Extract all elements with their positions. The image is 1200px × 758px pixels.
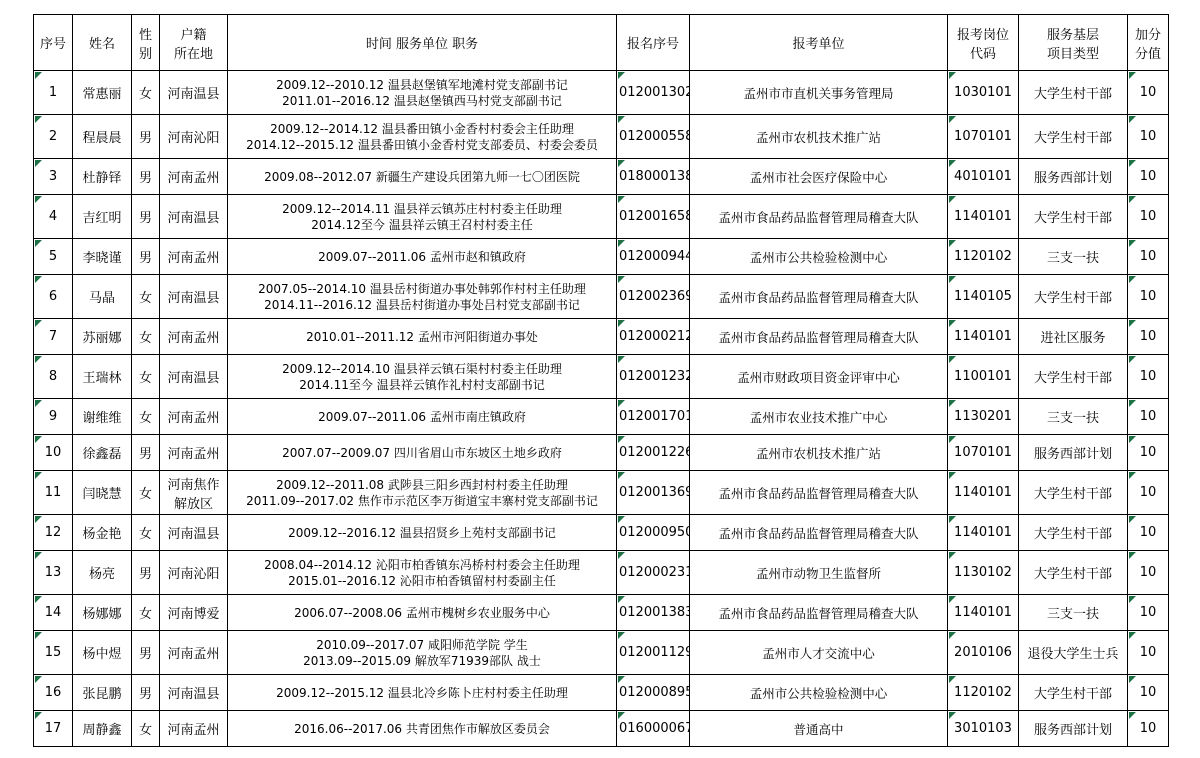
- cell-unit[interactable]: 孟州市农机技术推广站: [690, 115, 948, 159]
- number-as-text-flag-icon: [1129, 400, 1136, 407]
- cell-name[interactable]: 杜静铎: [73, 159, 132, 195]
- cell-text: 三支一扶: [1047, 407, 1099, 426]
- cell-gender[interactable]: 女: [132, 711, 160, 747]
- cell-unit[interactable]: 孟州市社会医疗保险中心: [690, 159, 948, 195]
- cell-text: 012000212: [619, 329, 690, 344]
- table-row: 10徐鑫磊男河南孟州2007.07--2009.07 四川省眉山市东坡区土地乡政…: [34, 435, 1169, 471]
- number-as-text-flag-icon: [35, 436, 42, 443]
- cell-unit[interactable]: 孟州市农机技术推广站: [690, 435, 948, 471]
- cell-name[interactable]: 苏丽娜: [73, 319, 132, 355]
- cell-text: 2008.04--2014.12 沁阳市柏香镇东冯桥村村委会主任助理 2015.…: [264, 557, 580, 589]
- cell-text: 2009.12--2010.12 温县赵堡镇军地滩村党支部副书记 2011.01…: [276, 77, 568, 109]
- cell-job_code[interactable]: 2010106: [948, 631, 1019, 675]
- cell-name[interactable]: 李晓谨: [73, 239, 132, 275]
- cell-text: 张昆鹏: [82, 683, 121, 702]
- cell-text: 4010101: [954, 169, 1012, 184]
- cell-reg_no[interactable]: 012000212: [617, 319, 690, 355]
- cell-bonus[interactable]: 10: [1128, 355, 1169, 399]
- number-as-text-flag-icon: [949, 712, 956, 719]
- cell-project_type[interactable]: 大学生村干部: [1019, 515, 1128, 551]
- cell-seq[interactable]: 4: [34, 195, 73, 239]
- cell-text: 女: [139, 327, 152, 346]
- cell-text: 女: [139, 287, 152, 306]
- cell-residence[interactable]: 河南温县: [160, 515, 228, 551]
- cell-service[interactable]: 2009.12--2016.12 温县招贤乡上苑村支部副书记: [228, 515, 617, 551]
- number-as-text-flag-icon: [1129, 676, 1136, 683]
- number-as-text-flag-icon: [949, 596, 956, 603]
- cell-seq[interactable]: 16: [34, 675, 73, 711]
- cell-bonus[interactable]: 10: [1128, 435, 1169, 471]
- cell-text: 孟州市食品药品监督管理局稽查大队: [718, 288, 918, 306]
- cell-residence[interactable]: 河南博爱: [160, 595, 228, 631]
- cell-bonus[interactable]: 10: [1128, 711, 1169, 747]
- cell-seq[interactable]: 2: [34, 115, 73, 159]
- cell-gender[interactable]: 女: [132, 515, 160, 551]
- number-as-text-flag-icon: [949, 552, 956, 559]
- cell-service[interactable]: 2006.07--2008.06 孟州市槐树乡农业服务中心: [228, 595, 617, 631]
- cell-reg_no[interactable]: 012000231: [617, 551, 690, 595]
- column-header-reg-no[interactable]: 报名序号: [617, 15, 690, 71]
- cell-job_code[interactable]: 1140101: [948, 515, 1019, 551]
- cell-seq[interactable]: 9: [34, 399, 73, 435]
- cell-reg_no[interactable]: 012000895: [617, 675, 690, 711]
- cell-name[interactable]: 程晨晨: [73, 115, 132, 159]
- cell-name[interactable]: 张昆鹏: [73, 675, 132, 711]
- cell-project_type[interactable]: 大学生村干部: [1019, 355, 1128, 399]
- cell-job_code[interactable]: 3010103: [948, 711, 1019, 747]
- cell-text: 河南温县: [167, 83, 219, 102]
- cell-text: 孟州市市直机关事务管理局: [743, 84, 893, 102]
- cell-residence[interactable]: 河南沁阳: [160, 551, 228, 595]
- cell-text: 河南温县: [167, 367, 219, 386]
- cell-residence[interactable]: 河南温县: [160, 71, 228, 115]
- cell-reg_no[interactable]: 012001226: [617, 435, 690, 471]
- cell-service[interactable]: 2010.01--2011.12 孟州市河阳街道办事处: [228, 319, 617, 355]
- number-as-text-flag-icon: [1129, 472, 1136, 479]
- cell-service[interactable]: 2016.06--2017.06 共青团焦作市解放区委员会: [228, 711, 617, 747]
- number-as-text-flag-icon: [949, 516, 956, 523]
- cell-name[interactable]: 徐鑫磊: [73, 435, 132, 471]
- cell-residence[interactable]: 河南孟州: [160, 319, 228, 355]
- cell-text: 2010.01--2011.12 孟州市河阳街道办事处: [306, 329, 538, 345]
- cell-unit[interactable]: 孟州市食品药品监督管理局稽查大队: [690, 471, 948, 515]
- cell-text: 河南孟州: [167, 167, 219, 186]
- cell-seq[interactable]: 8: [34, 355, 73, 399]
- cell-text: 10: [1140, 445, 1157, 460]
- cell-unit[interactable]: 孟州市食品药品监督管理局稽查大队: [690, 319, 948, 355]
- cell-name[interactable]: 马晶: [73, 275, 132, 319]
- cell-text: 杨娜娜: [82, 603, 121, 622]
- cell-text: 012000231: [619, 565, 690, 580]
- cell-service[interactable]: 2009.07--2011.06 孟州市南庄镇政府: [228, 399, 617, 435]
- cell-text: 10: [1140, 249, 1157, 264]
- cell-residence[interactable]: 河南孟州: [160, 399, 228, 435]
- cell-project_type[interactable]: 大学生村干部: [1019, 675, 1128, 711]
- cell-text: 012001232: [619, 369, 690, 384]
- cell-text: 孟州市食品药品监督管理局稽查大队: [718, 328, 918, 346]
- column-header-unit[interactable]: 报考单位: [690, 15, 948, 71]
- cell-unit[interactable]: 孟州市食品药品监督管理局稽查大队: [690, 195, 948, 239]
- number-as-text-flag-icon: [949, 116, 956, 123]
- cell-name[interactable]: 谢维维: [73, 399, 132, 435]
- cell-gender[interactable]: 女: [132, 595, 160, 631]
- number-as-text-flag-icon: [618, 436, 625, 443]
- cell-text: 16: [45, 685, 62, 700]
- cell-service[interactable]: 2009.12--2014.12 温县番田镇小金香村村委会主任助理 2014.1…: [228, 115, 617, 159]
- cell-reg_no[interactable]: 012000950: [617, 515, 690, 551]
- cell-gender[interactable]: 女: [132, 319, 160, 355]
- cell-text: 012000944: [619, 249, 690, 264]
- cell-text: 男: [139, 643, 152, 662]
- number-as-text-flag-icon: [949, 400, 956, 407]
- cell-job_code[interactable]: 1140105: [948, 275, 1019, 319]
- header-row: 序号 姓名 性别 户籍 所在地 时间 服务单位 职务 报名序号 报考单位 报考岗…: [34, 15, 1169, 71]
- cell-text: 2009.12--2014.11 温县祥云镇苏庄村村委主任助理 2014.12至…: [282, 201, 562, 233]
- cell-job_code[interactable]: 1140101: [948, 595, 1019, 631]
- table-row: 7苏丽娜女河南孟州2010.01--2011.12 孟州市河阳街道办事处0120…: [34, 319, 1169, 355]
- cell-text: 退役大学生士兵: [1027, 643, 1118, 662]
- cell-job_code[interactable]: 1130102: [948, 551, 1019, 595]
- table-body: 1常惠丽女河南温县2009.12--2010.12 温县赵堡镇军地滩村党支部副书…: [34, 71, 1169, 747]
- number-as-text-flag-icon: [618, 676, 625, 683]
- cell-text: 女: [139, 367, 152, 386]
- cell-text: 王瑞林: [82, 367, 121, 386]
- cell-residence[interactable]: 河南孟州: [160, 435, 228, 471]
- cell-text: 1070101: [954, 129, 1012, 144]
- cell-project_type[interactable]: 服务西部计划: [1019, 159, 1128, 195]
- cell-bonus[interactable]: 10: [1128, 675, 1169, 711]
- cell-text: 进社区服务: [1040, 327, 1105, 346]
- cell-project_type[interactable]: 三支一扶: [1019, 399, 1128, 435]
- cell-reg_no[interactable]: 012001232: [617, 355, 690, 399]
- cell-text: 8: [49, 369, 57, 384]
- number-as-text-flag-icon: [1129, 240, 1136, 247]
- cell-unit[interactable]: 孟州市农业技术推广中心: [690, 399, 948, 435]
- cell-text: 012001129: [619, 645, 690, 660]
- cell-text: 孟州市人才交流中心: [762, 644, 875, 662]
- cell-unit[interactable]: 孟州市公共检验检测中心: [690, 239, 948, 275]
- cell-bonus[interactable]: 10: [1128, 515, 1169, 551]
- cell-text: 1140101: [954, 329, 1012, 344]
- cell-text: 杨中煜: [82, 643, 121, 662]
- cell-reg_no[interactable]: 016000067: [617, 711, 690, 747]
- cell-residence[interactable]: 河南沁阳: [160, 115, 228, 159]
- cell-residence[interactable]: 河南孟州: [160, 239, 228, 275]
- column-header-seq[interactable]: 序号: [34, 15, 73, 71]
- cell-job_code[interactable]: 1130201: [948, 399, 1019, 435]
- cell-job_code[interactable]: 1140101: [948, 471, 1019, 515]
- cell-text: 9: [49, 409, 57, 424]
- cell-text: 018000138: [619, 169, 690, 184]
- cell-text: 2006.07--2008.06 孟州市槐树乡农业服务中心: [294, 605, 550, 621]
- cell-gender[interactable]: 女: [132, 471, 160, 515]
- cell-reg_no[interactable]: 018000138: [617, 159, 690, 195]
- table-row: 12杨金艳女河南温县2009.12--2016.12 温县招贤乡上苑村支部副书记…: [34, 515, 1169, 551]
- cell-project_type[interactable]: 退役大学生士兵: [1019, 631, 1128, 675]
- cell-seq[interactable]: 7: [34, 319, 73, 355]
- cell-unit[interactable]: 普通高中: [690, 711, 948, 747]
- number-as-text-flag-icon: [35, 676, 42, 683]
- cell-bonus[interactable]: 10: [1128, 275, 1169, 319]
- number-as-text-flag-icon: [1129, 516, 1136, 523]
- cell-bonus[interactable]: 10: [1128, 319, 1169, 355]
- cell-service[interactable]: 2009.12--2015.12 温县北冷乡陈卜庄村村委主任助理: [228, 675, 617, 711]
- cell-seq[interactable]: 3: [34, 159, 73, 195]
- table-row: 1常惠丽女河南温县2009.12--2010.12 温县赵堡镇军地滩村党支部副书…: [34, 71, 1169, 115]
- cell-text: 女: [139, 719, 152, 738]
- cell-text: 15: [45, 645, 62, 660]
- cell-job_code[interactable]: 1120102: [948, 239, 1019, 275]
- cell-bonus[interactable]: 10: [1128, 471, 1169, 515]
- cell-unit[interactable]: 孟州市财政项目资金评审中心: [690, 355, 948, 399]
- number-as-text-flag-icon: [618, 116, 625, 123]
- cell-name[interactable]: 闫晓慧: [73, 471, 132, 515]
- cell-job_code[interactable]: 1140101: [948, 195, 1019, 239]
- cell-project_type[interactable]: 大学生村干部: [1019, 471, 1128, 515]
- cell-text: 孟州市农机技术推广站: [756, 128, 881, 146]
- cell-name[interactable]: 周静鑫: [73, 711, 132, 747]
- cell-text: 男: [139, 563, 152, 582]
- cell-text: 2009.12--2014.12 温县番田镇小金香村村委会主任助理 2014.1…: [246, 121, 598, 153]
- cell-residence[interactable]: 河南温县: [160, 275, 228, 319]
- table-row: 17周静鑫女河南孟州2016.06--2017.06 共青团焦作市解放区委员会0…: [34, 711, 1169, 747]
- cell-reg_no[interactable]: 012001383: [617, 595, 690, 631]
- cell-text: 2009.07--2011.06 孟州市赵和镇政府: [318, 249, 526, 265]
- cell-seq[interactable]: 11: [34, 471, 73, 515]
- cell-gender[interactable]: 男: [132, 675, 160, 711]
- cell-reg_no[interactable]: 012000944: [617, 239, 690, 275]
- cell-service[interactable]: 2007.07--2009.07 四川省眉山市东坡区土地乡政府: [228, 435, 617, 471]
- cell-service[interactable]: 2009.12--2011.08 武陟县三阳乡西封村村委主任助理 2011.09…: [228, 471, 617, 515]
- cell-residence[interactable]: 河南孟州: [160, 631, 228, 675]
- cell-gender[interactable]: 男: [132, 239, 160, 275]
- cell-seq[interactable]: 15: [34, 631, 73, 675]
- cell-text: 17: [45, 721, 62, 736]
- cell-job_code[interactable]: 1100101: [948, 355, 1019, 399]
- cell-text: 012000950: [619, 525, 690, 540]
- cell-unit[interactable]: 孟州市人才交流中心: [690, 631, 948, 675]
- cell-project_type[interactable]: 大学生村干部: [1019, 195, 1128, 239]
- number-as-text-flag-icon: [949, 632, 956, 639]
- cell-text: 河南温县: [167, 683, 219, 702]
- cell-gender[interactable]: 女: [132, 275, 160, 319]
- cell-text: 男: [139, 683, 152, 702]
- column-header-job-code[interactable]: 报考岗位 代码: [948, 15, 1019, 71]
- cell-residence[interactable]: 河南温县: [160, 355, 228, 399]
- cell-residence[interactable]: 河南孟州: [160, 711, 228, 747]
- cell-reg_no[interactable]: 012001701: [617, 399, 690, 435]
- cell-seq[interactable]: 1: [34, 71, 73, 115]
- cell-text: 河南焦作 解放区: [167, 474, 219, 512]
- cell-name[interactable]: 杨娜娜: [73, 595, 132, 631]
- cell-residence[interactable]: 河南焦作 解放区: [160, 471, 228, 515]
- cell-text: 孟州市财政项目资金评审中心: [737, 368, 900, 386]
- cell-bonus[interactable]: 10: [1128, 399, 1169, 435]
- cell-bonus[interactable]: 10: [1128, 115, 1169, 159]
- cell-job_code[interactable]: 1070101: [948, 435, 1019, 471]
- cell-text: 1120102: [954, 249, 1012, 264]
- cell-project_type[interactable]: 大学生村干部: [1019, 115, 1128, 159]
- cell-gender[interactable]: 男: [132, 551, 160, 595]
- cell-bonus[interactable]: 10: [1128, 239, 1169, 275]
- cell-project_type[interactable]: 大学生村干部: [1019, 71, 1128, 115]
- cell-residence[interactable]: 河南孟州: [160, 159, 228, 195]
- cell-project_type[interactable]: 三支一扶: [1019, 595, 1128, 631]
- number-as-text-flag-icon: [35, 160, 42, 167]
- number-as-text-flag-icon: [1129, 356, 1136, 363]
- cell-project_type[interactable]: 大学生村干部: [1019, 275, 1128, 319]
- cell-project_type[interactable]: 大学生村干部: [1019, 551, 1128, 595]
- cell-name[interactable]: 王瑞林: [73, 355, 132, 399]
- cell-service[interactable]: 2008.04--2014.12 沁阳市柏香镇东冯桥村村委会主任助理 2015.…: [228, 551, 617, 595]
- cell-text: 孟州市食品药品监督管理局稽查大队: [718, 524, 918, 542]
- cell-text: 2007.05--2014.10 温县岳村街道办事处韩郭作村村主任助理 2014…: [258, 281, 586, 313]
- cell-job_code[interactable]: 1070101: [948, 115, 1019, 159]
- cell-bonus[interactable]: 10: [1128, 159, 1169, 195]
- cell-gender[interactable]: 女: [132, 355, 160, 399]
- cell-gender[interactable]: 女: [132, 399, 160, 435]
- number-as-text-flag-icon: [1129, 196, 1136, 203]
- cell-bonus[interactable]: 10: [1128, 195, 1169, 239]
- cell-gender[interactable]: 男: [132, 159, 160, 195]
- cell-job_code[interactable]: 1120102: [948, 675, 1019, 711]
- cell-project_type[interactable]: 服务西部计划: [1019, 711, 1128, 747]
- number-as-text-flag-icon: [618, 196, 625, 203]
- cell-unit[interactable]: 孟州市食品药品监督管理局稽查大队: [690, 275, 948, 319]
- cell-seq[interactable]: 5: [34, 239, 73, 275]
- cell-unit[interactable]: 孟州市动物卫生监督所: [690, 551, 948, 595]
- column-header-residence[interactable]: 户籍 所在地: [160, 15, 228, 71]
- number-as-text-flag-icon: [618, 552, 625, 559]
- cell-job_code[interactable]: 4010101: [948, 159, 1019, 195]
- cell-project_type[interactable]: 服务西部计划: [1019, 435, 1128, 471]
- cell-text: 012000558: [619, 129, 690, 144]
- number-as-text-flag-icon: [1129, 116, 1136, 123]
- cell-text: 012001226: [619, 445, 690, 460]
- cell-gender[interactable]: 女: [132, 71, 160, 115]
- cell-unit[interactable]: 孟州市公共检验检测中心: [690, 675, 948, 711]
- cell-gender[interactable]: 男: [132, 631, 160, 675]
- cell-service[interactable]: 2007.05--2014.10 温县岳村街道办事处韩郭作村村主任助理 2014…: [228, 275, 617, 319]
- cell-text: 孟州市社会医疗保险中心: [750, 168, 888, 186]
- cell-text: 10: [1140, 129, 1157, 144]
- cell-text: 2009.07--2011.06 孟州市南庄镇政府: [318, 409, 526, 425]
- cell-bonus[interactable]: 10: [1128, 631, 1169, 675]
- cell-text: 10: [1140, 369, 1157, 384]
- cell-text: 2: [49, 129, 57, 144]
- number-as-text-flag-icon: [618, 472, 625, 479]
- cell-text: 河南孟州: [167, 443, 219, 462]
- cell-reg_no[interactable]: 012002369: [617, 275, 690, 319]
- cell-name[interactable]: 杨中煜: [73, 631, 132, 675]
- number-as-text-flag-icon: [35, 596, 42, 603]
- cell-gender[interactable]: 男: [132, 115, 160, 159]
- number-as-text-flag-icon: [949, 356, 956, 363]
- cell-text: 孟州市食品药品监督管理局稽查大队: [718, 484, 918, 502]
- number-as-text-flag-icon: [618, 516, 625, 523]
- cell-name[interactable]: 杨亮: [73, 551, 132, 595]
- cell-name[interactable]: 常惠丽: [73, 71, 132, 115]
- column-header-bonus[interactable]: 加分 分值: [1128, 15, 1169, 71]
- cell-text: 徐鑫磊: [82, 443, 121, 462]
- cell-service[interactable]: 2010.09--2017.07 咸阳师范学院 学生 2013.09--2015…: [228, 631, 617, 675]
- cell-service[interactable]: 2009.08--2012.07 新疆生产建设兵团第九师一七〇团医院: [228, 159, 617, 195]
- cell-reg_no[interactable]: 012001129: [617, 631, 690, 675]
- cell-text: 10: [45, 445, 62, 460]
- cell-text: 2009.12--2014.10 温县祥云镇石渠村村委主任助理 2014.11至…: [282, 361, 562, 393]
- cell-service[interactable]: 2009.12--2014.11 温县祥云镇苏庄村村委主任助理 2014.12至…: [228, 195, 617, 239]
- cell-name[interactable]: 杨金艳: [73, 515, 132, 551]
- number-as-text-flag-icon: [35, 320, 42, 327]
- cell-job_code[interactable]: 1030101: [948, 71, 1019, 115]
- cell-text: 三支一扶: [1047, 603, 1099, 622]
- cell-service[interactable]: 2009.12--2010.12 温县赵堡镇军地滩村党支部副书记 2011.01…: [228, 71, 617, 115]
- cell-text: 10: [1140, 329, 1157, 344]
- cell-seq[interactable]: 12: [34, 515, 73, 551]
- cell-reg_no[interactable]: 012000558: [617, 115, 690, 159]
- cell-job_code[interactable]: 1140101: [948, 319, 1019, 355]
- cell-name[interactable]: 吉红明: [73, 195, 132, 239]
- cell-text: 1030101: [954, 85, 1012, 100]
- cell-service[interactable]: 2009.12--2014.10 温县祥云镇石渠村村委主任助理 2014.11至…: [228, 355, 617, 399]
- cell-seq[interactable]: 14: [34, 595, 73, 631]
- cell-text: 谢维维: [82, 407, 121, 426]
- cell-unit[interactable]: 孟州市食品药品监督管理局稽查大队: [690, 515, 948, 551]
- cell-gender[interactable]: 男: [132, 195, 160, 239]
- cell-text: 大学生村干部: [1034, 523, 1112, 542]
- cell-text: 1120102: [954, 685, 1012, 700]
- cell-project_type[interactable]: 三支一扶: [1019, 239, 1128, 275]
- cell-text: 2007.07--2009.07 四川省眉山市东坡区土地乡政府: [282, 445, 562, 461]
- cell-text: 女: [139, 523, 152, 542]
- cell-service[interactable]: 2009.07--2011.06 孟州市赵和镇政府: [228, 239, 617, 275]
- cell-seq[interactable]: 13: [34, 551, 73, 595]
- number-as-text-flag-icon: [618, 356, 625, 363]
- number-as-text-flag-icon: [35, 196, 42, 203]
- cell-unit[interactable]: 孟州市市直机关事务管理局: [690, 71, 948, 115]
- cell-text: 10: [1140, 525, 1157, 540]
- column-header-name[interactable]: 姓名: [73, 15, 132, 71]
- cell-seq[interactable]: 6: [34, 275, 73, 319]
- cell-bonus[interactable]: 10: [1128, 71, 1169, 115]
- cell-reg_no[interactable]: 012001302: [617, 71, 690, 115]
- cell-reg_no[interactable]: 012001369: [617, 471, 690, 515]
- cell-text: 河南孟州: [167, 407, 219, 426]
- column-header-project-type[interactable]: 服务基层 项目类型: [1019, 15, 1128, 71]
- cell-seq[interactable]: 10: [34, 435, 73, 471]
- cell-bonus[interactable]: 10: [1128, 551, 1169, 595]
- cell-project_type[interactable]: 进社区服务: [1019, 319, 1128, 355]
- cell-text: 2009.12--2015.12 温县北冷乡陈卜庄村村委主任助理: [276, 685, 568, 701]
- cell-text: 012001383: [619, 605, 690, 620]
- cell-residence[interactable]: 河南温县: [160, 675, 228, 711]
- cell-text: 孟州市公共检验检测中心: [750, 684, 888, 702]
- cell-text: 常惠丽: [82, 83, 121, 102]
- cell-text: 孟州市农机技术推广站: [756, 444, 881, 462]
- column-header-gender[interactable]: 性别: [132, 15, 160, 71]
- cell-text: 三支一扶: [1047, 247, 1099, 266]
- cell-text: 程晨晨: [82, 127, 121, 146]
- cell-text: 4: [49, 209, 57, 224]
- cell-gender[interactable]: 男: [132, 435, 160, 471]
- cell-text: 10: [1140, 685, 1157, 700]
- cell-residence[interactable]: 河南温县: [160, 195, 228, 239]
- cell-unit[interactable]: 孟州市食品药品监督管理局稽查大队: [690, 595, 948, 631]
- column-header-service[interactable]: 时间 服务单位 职务: [228, 15, 617, 71]
- cell-seq[interactable]: 17: [34, 711, 73, 747]
- cell-reg_no[interactable]: 012001658: [617, 195, 690, 239]
- cell-bonus[interactable]: 10: [1128, 595, 1169, 631]
